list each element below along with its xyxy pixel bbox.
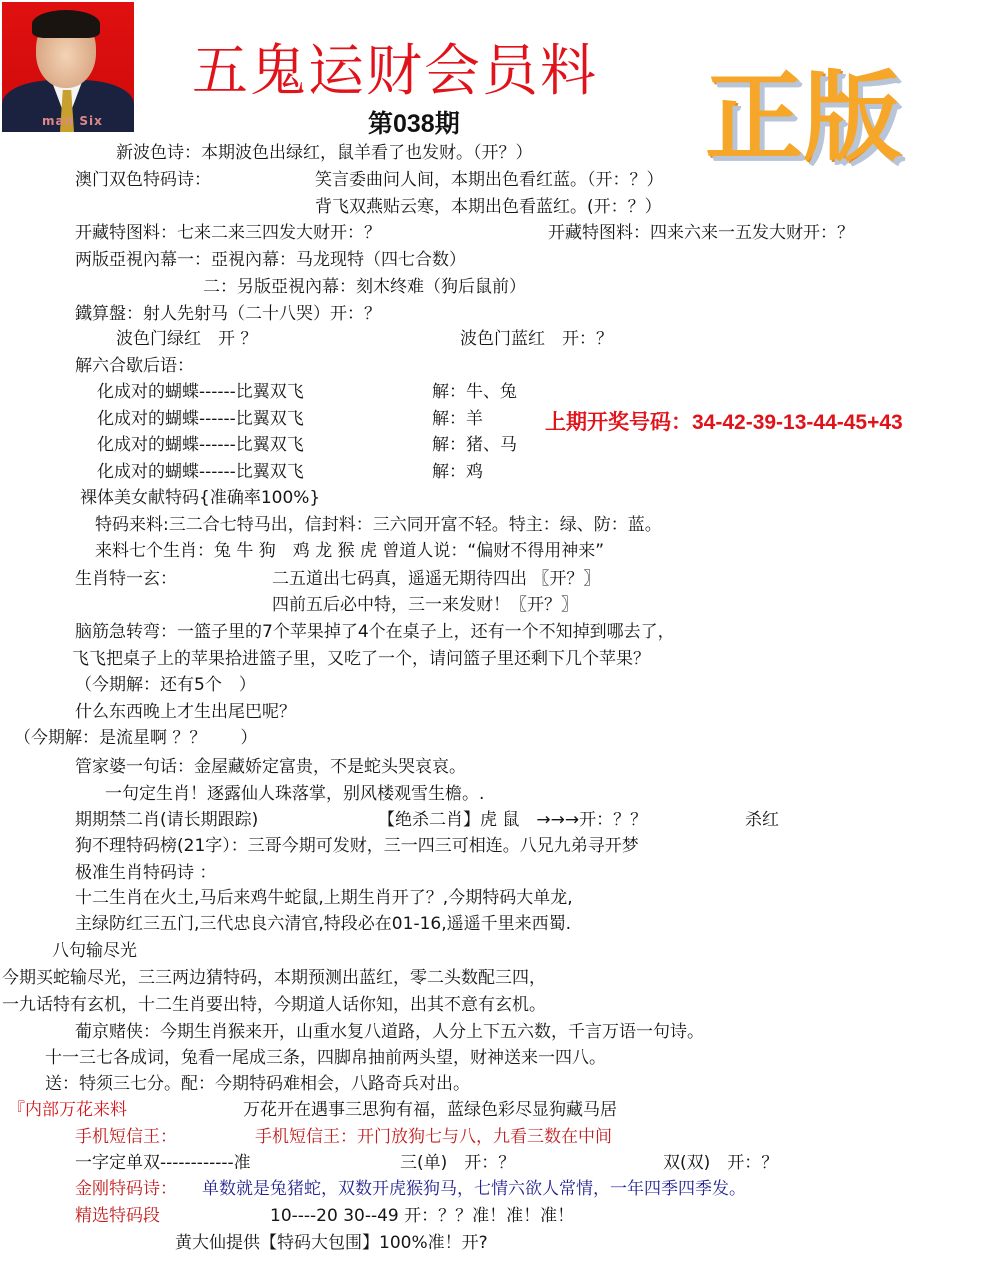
kill-red: 杀红 bbox=[745, 809, 779, 831]
kaizang-tip-1: 开藏特图料：七来二来三四发大财开：？ bbox=[75, 222, 381, 244]
eight-lines-title: 八句输尽光 bbox=[52, 940, 137, 962]
kingkong-poem-label: 金刚特码诗： bbox=[75, 1178, 177, 1200]
portrait-photo: man Six bbox=[2, 2, 134, 132]
riddle-row-2: 化成对的蝴蝶------比翼双飞 bbox=[97, 408, 304, 430]
seven-zodiacs: 来料七个生肖：兔 牛 狗 鸡 龙 猴 虎 曾道人说：“偏财不得用神来” bbox=[95, 540, 604, 562]
inside-wanhua-text: 万花开在遇事三思狗有福，蓝绿色彩尽显狗藏马居 bbox=[243, 1099, 617, 1121]
brain-teaser-2: 飞飞把桌子上的苹果拾进篮子里，又吃了一个，请问篮子里还剩下几个苹果？ bbox=[72, 648, 650, 670]
zodiac-mystery-line-2: 四前五后必中特，三一来发财！〖开？〗 bbox=[272, 594, 578, 616]
odd-pick: 三(单) 开：？ bbox=[400, 1152, 515, 1174]
atv-insider-2: 二：另版亞視內幕：刻木终难（狗后鼠前） bbox=[203, 276, 526, 298]
selected-range-label: 精选特码段 bbox=[75, 1205, 160, 1227]
riddle-row-1: 化成对的蝴蝶------比翼双飞 bbox=[97, 381, 304, 403]
even-pick: 双(双) 开：？ bbox=[663, 1152, 778, 1174]
atv-insider-1: 两版亞視內幕一：亞視內幕：马龙现特（四七合数） bbox=[75, 249, 466, 271]
wave-color-poem: 新波色诗：本期波色出绿红，鼠羊看了也发财。（开？） bbox=[116, 142, 533, 164]
eight-lines-1: 今期买蛇输尽光，三三两边猜特码，本期预测出蓝红，零二头数配三四， bbox=[2, 967, 546, 989]
one-line-zodiac: 一句定生肖！逐露仙人珠落掌，别风楼观雪生檐。. bbox=[105, 783, 484, 805]
zodiac-poem-line-2: 主绿防红三五门,三代忠良六清官,特段必在01-16,遥遥千里来西蜀. bbox=[75, 913, 571, 935]
zodiac-poem-label: 极准生肖特码诗 ： bbox=[75, 862, 216, 884]
riddle-heading: 解六合歇后语： bbox=[75, 355, 194, 377]
riddle-answer-1: 解：牛、兔 bbox=[432, 381, 517, 403]
wave-door-green-red: 波色门绿红 开 ？ bbox=[116, 328, 257, 350]
authentic-stamp: 正版 bbox=[705, 66, 901, 170]
macau-poem-line-1: 笑言委曲问人间，本期出色看红蓝。（开：？） bbox=[315, 169, 664, 191]
macau-poem-label: 澳门双色特码诗： bbox=[75, 169, 211, 191]
selected-range-values: 10----20 30--49 开：？？准！准！准！ bbox=[270, 1205, 574, 1227]
eight-lines-2: 一九话特有玄机，十二生肖要出特，今期道人话你知，出其不意有玄机。 bbox=[2, 994, 546, 1016]
zodiac-mystery-line-1: 二五道出七码真，遥遥无期待四出 〖开？〗 bbox=[272, 568, 600, 590]
sms-king-text: 手机短信王：开门放狗七与八，九看三数在中间 bbox=[255, 1126, 612, 1148]
page-title: 五鬼运财会员料 bbox=[192, 40, 598, 104]
last-draw: 上期开奖号码：34-42-39-13-44-45+43 bbox=[545, 406, 903, 436]
brain-teaser-answer: （今期解：还有5个 ） bbox=[75, 674, 256, 696]
lisboa-gambler: 葡京赌侠：今期生肖猴来开，山重水复八道路，人分上下五六数，千言万语一句诗。 bbox=[75, 1021, 704, 1043]
sms-king-label: 手机短信王： bbox=[75, 1126, 177, 1148]
photo-hair bbox=[32, 10, 100, 38]
eleven-three-seven: 十一三七各成词，兔看一尾成三条，四脚帛抽前两头望，财神送来一四八。 bbox=[45, 1047, 606, 1069]
banned-zodiacs-label: 期期禁二肖(请长期跟踪) bbox=[75, 809, 258, 831]
iron-abacus: 鐵算盤：射人先射马（二十八哭）开：？ bbox=[75, 303, 381, 325]
zodiac-poem-line-1: 十二生肖在火土,马后来鸡牛蛇鼠,上期生肖开了？,今期特码大单龙, bbox=[75, 887, 573, 909]
riddle-answer-2: 解：羊 bbox=[432, 408, 483, 430]
odd-even-pick: 一字定单双------------准 bbox=[75, 1152, 251, 1174]
housekeeper-quote: 管家婆一句话：金屋藏娇定富贵，不是蛇头哭哀哀。 bbox=[75, 756, 466, 778]
riddle-answer-4: 解：鸡 bbox=[432, 461, 483, 483]
accuracy-header: 裸体美女献特码{准确率100%} bbox=[80, 487, 320, 509]
riddle-answer-3: 解：猪、马 bbox=[432, 434, 517, 456]
kingkong-poem-text: 单数就是兔猪蛇，双数开虎猴狗马，七情六欲人常情，一年四季四季发。 bbox=[202, 1178, 746, 1200]
riddle-row-3: 化成对的蝴蝶------比翼双飞 bbox=[97, 434, 304, 456]
riddle-row-4: 化成对的蝴蝶------比翼双飞 bbox=[97, 461, 304, 483]
wave-door-blue-red: 波色门蓝红 开：？ bbox=[460, 328, 613, 350]
brain-teaser-1: 脑筋急转弯：一篮子里的7个苹果掉了4个在桌子上，还有一个不知掉到哪去了， bbox=[75, 621, 675, 643]
inside-wanhua-label: 『内部万花来料 bbox=[8, 1099, 127, 1121]
gouburi-list: 狗不理特码榜(21字）：三哥今期可发财，三一四三可相连。八兄九弟寻开梦 bbox=[75, 835, 639, 857]
macau-poem-line-2: 背飞双燕贴云寒，本期出色看蓝红。(开：？） bbox=[315, 196, 662, 218]
wong-tai-sin-note: 黄大仙提供【特码大包围】100%准！开? bbox=[175, 1232, 488, 1254]
riddle-question-answer: （今期解：是流星啊 ？？ ） bbox=[14, 727, 257, 749]
kill-two-zodiacs: 【绝杀二肖】虎 鼠 →→→开：？？ bbox=[378, 809, 647, 831]
last-draw-numbers: 34-42-39-13-44-45+43 bbox=[692, 411, 903, 434]
riddle-question: 什么东西晚上才生出尾巴呢？ bbox=[75, 701, 296, 723]
last-draw-label: 上期开奖号码： bbox=[545, 411, 692, 434]
photo-watermark: man Six bbox=[42, 114, 103, 128]
issue-number: 第038期 bbox=[368, 104, 460, 140]
zodiac-mystery-label: 生肖特一玄： bbox=[75, 568, 177, 590]
special-code-source: 特码来料:三二合七特马出，信封料：三六同开富不轻。特主：绿、防：蓝。 bbox=[95, 514, 662, 536]
send-match: 送：特须三七分。配：今期特码难相会，八路奇兵对出。 bbox=[45, 1073, 470, 1095]
kaizang-tip-2: 开藏特图料：四来六来一五发大财开：？ bbox=[548, 222, 854, 244]
